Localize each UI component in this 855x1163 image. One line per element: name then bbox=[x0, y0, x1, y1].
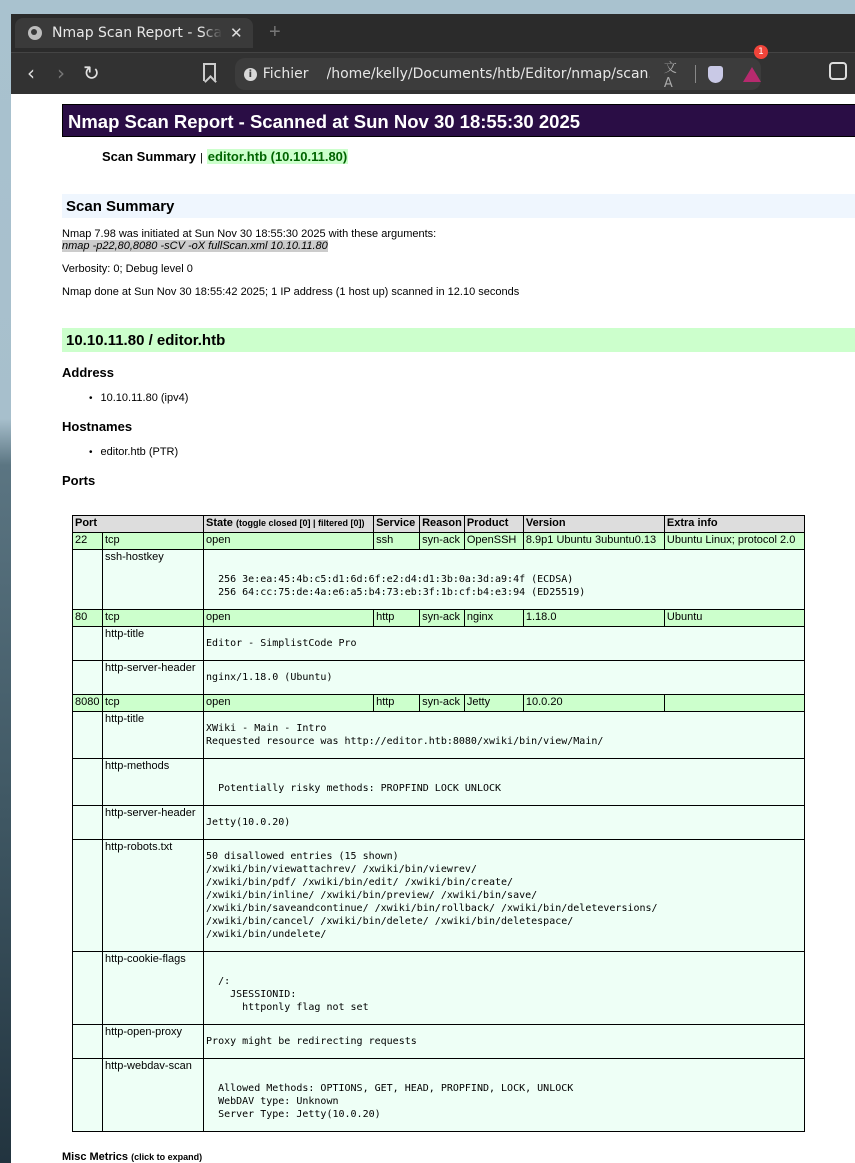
script-row: http-methods Potentially risky methods: … bbox=[73, 759, 805, 806]
translate-icon[interactable]: 文A bbox=[664, 57, 685, 91]
script-output-cell: Allowed Methods: OPTIONS, GET, HEAD, PRO… bbox=[204, 1059, 805, 1132]
script-name: http-webdav-scan bbox=[103, 1059, 204, 1132]
port-cell-port: 22 bbox=[73, 533, 103, 550]
reload-button[interactable]: ↻ bbox=[83, 61, 100, 85]
port-cell-service: http bbox=[374, 695, 420, 712]
script-output: Editor - SimplistCode Pro bbox=[206, 637, 802, 650]
misc-metrics-label: Misc Metrics bbox=[62, 1151, 128, 1163]
new-tab-button[interactable]: + bbox=[269, 21, 281, 44]
script-name: http-cookie-flags bbox=[103, 952, 204, 1025]
port-cell-reason: syn-ack bbox=[420, 533, 465, 550]
port-cell-reason: syn-ack bbox=[420, 695, 465, 712]
script-indent-cell bbox=[73, 759, 103, 806]
script-name: http-server-header bbox=[103, 661, 204, 695]
forward-button[interactable]: › bbox=[57, 61, 65, 85]
script-output-cell: XWiki - Main - Intro Requested resource … bbox=[204, 712, 805, 759]
col-port: Port bbox=[73, 516, 204, 533]
col-state: State (toggle closed [0] | filtered [0]) bbox=[204, 516, 374, 533]
script-output: nginx/1.18.0 (Ubuntu) bbox=[206, 671, 802, 684]
script-output-cell: 256 3e:ea:45:4b:c5:d1:6d:6f:e2:d4:d1:3b:… bbox=[204, 550, 805, 610]
tab-nmap-report[interactable]: Nmap Scan Report - Scanned at Sun Nov 30… bbox=[15, 18, 253, 48]
ports-heading: Ports bbox=[62, 473, 95, 488]
back-button[interactable]: ‹ bbox=[27, 61, 35, 85]
rewards-badge: 1 bbox=[754, 45, 768, 59]
close-tab-icon[interactable]: ✕ bbox=[230, 24, 243, 42]
browser-window: Nmap Scan Report - Scanned at Sun Nov 30… bbox=[11, 14, 855, 1163]
info-icon[interactable]: i bbox=[244, 68, 257, 81]
script-output-cell: Editor - SimplistCode Pro bbox=[204, 627, 805, 661]
script-row: http-server-headerJetty(10.0.20) bbox=[73, 806, 805, 840]
script-output-cell: nginx/1.18.0 (Ubuntu) bbox=[204, 661, 805, 695]
script-row: http-titleEditor - SimplistCode Pro bbox=[73, 627, 805, 661]
script-indent-cell bbox=[73, 627, 103, 661]
bookmark-icon[interactable] bbox=[203, 63, 216, 81]
table-header-row: Port State (toggle closed [0] | filtered… bbox=[73, 516, 805, 533]
script-output-cell: Proxy might be redirecting requests bbox=[204, 1025, 805, 1059]
port-cell-extra: Ubuntu bbox=[664, 610, 804, 627]
script-output-cell: Jetty(10.0.20) bbox=[204, 806, 805, 840]
script-output: Proxy might be redirecting requests bbox=[206, 1035, 802, 1048]
ports-table-body: 22tcpopensshsyn-ackOpenSSH8.9p1 Ubuntu 3… bbox=[73, 533, 805, 1132]
scan-arguments: nmap -p22,80,8080 -sCV -oX fullScan.xml … bbox=[62, 240, 328, 252]
col-state-label: State bbox=[206, 517, 233, 529]
port-row: 80tcpopenhttpsyn-acknginx1.18.0Ubuntu bbox=[73, 610, 805, 627]
script-row: http-webdav-scan Allowed Methods: OPTION… bbox=[73, 1059, 805, 1132]
page-title: Nmap Scan Report - Scanned at Sun Nov 30… bbox=[62, 104, 855, 137]
hostnames-heading: Hostnames bbox=[62, 419, 132, 434]
port-row: 22tcpopensshsyn-ackOpenSSH8.9p1 Ubuntu 3… bbox=[73, 533, 805, 550]
port-cell-extra bbox=[664, 695, 804, 712]
tab-strip: Nmap Scan Report - Scanned at Sun Nov 30… bbox=[11, 14, 855, 52]
script-name: http-open-proxy bbox=[103, 1025, 204, 1059]
scan-done-text: Nmap done at Sun Nov 30 18:55:42 2025; 1… bbox=[62, 286, 519, 298]
script-row: http-robots.txt50 disallowed entries (15… bbox=[73, 840, 805, 952]
script-row: http-titleXWiki - Main - Intro Requested… bbox=[73, 712, 805, 759]
port-cell-state: open bbox=[204, 533, 374, 550]
address-bar[interactable]: i Fichier /home/kelly/Documents/htb/Edit… bbox=[235, 58, 761, 90]
col-service: Service bbox=[374, 516, 420, 533]
address-heading: Address bbox=[62, 365, 114, 380]
script-output: Potentially risky methods: PROPFIND LOCK… bbox=[206, 769, 802, 795]
hostname-item: editor.htb (PTR) bbox=[89, 446, 178, 458]
script-row: ssh-hostkey 256 3e:ea:45:4b:c5:d1:6d:6f:… bbox=[73, 550, 805, 610]
nav-separator: | bbox=[200, 152, 203, 164]
port-cell-version: 8.9p1 Ubuntu 3ubuntu0.13 bbox=[523, 533, 664, 550]
url-scheme: Fichier bbox=[263, 66, 309, 82]
hostname-value: editor.htb (PTR) bbox=[101, 446, 179, 458]
script-name: ssh-hostkey bbox=[103, 550, 204, 610]
port-cell-proto: tcp bbox=[103, 610, 204, 627]
script-output: Allowed Methods: OPTIONS, GET, HEAD, PRO… bbox=[206, 1069, 802, 1121]
script-indent-cell bbox=[73, 840, 103, 952]
script-name: http-robots.txt bbox=[103, 840, 204, 952]
toggle-closed-filtered[interactable]: (toggle closed [0] | filtered [0]) bbox=[236, 518, 365, 528]
script-indent-cell bbox=[73, 712, 103, 759]
host-heading[interactable]: 10.10.11.80 / editor.htb bbox=[62, 328, 855, 352]
script-output: 256 3e:ea:45:4b:c5:d1:6d:6f:e2:d4:d1:3b:… bbox=[206, 560, 802, 599]
col-reason: Reason bbox=[420, 516, 465, 533]
port-cell-state: open bbox=[204, 695, 374, 712]
address-value: 10.10.11.80 (ipv4) bbox=[101, 392, 189, 404]
col-extra-info: Extra info bbox=[664, 516, 804, 533]
port-cell-proto: tcp bbox=[103, 695, 204, 712]
port-cell-port: 8080 bbox=[73, 695, 103, 712]
script-output: XWiki - Main - Intro Requested resource … bbox=[206, 722, 802, 748]
divider bbox=[695, 65, 696, 83]
script-output-cell: /: JSESSIONID: httponly flag not set bbox=[204, 952, 805, 1025]
scan-initiated-text: Nmap 7.98 was initiated at Sun Nov 30 18… bbox=[62, 228, 436, 252]
port-cell-product: nginx bbox=[464, 610, 523, 627]
verbosity-text: Verbosity: 0; Debug level 0 bbox=[62, 263, 193, 275]
globe-icon bbox=[28, 26, 42, 40]
script-row: http-cookie-flags /: JSESSIONID: httponl… bbox=[73, 952, 805, 1025]
port-cell-extra: Ubuntu Linux; protocol 2.0 bbox=[664, 533, 804, 550]
port-cell-version: 1.18.0 bbox=[523, 610, 664, 627]
brave-rewards-icon[interactable]: 1 bbox=[743, 67, 761, 82]
browser-toolbar: ‹ › ↻ i Fichier /home/kelly/Documents/ht… bbox=[11, 52, 855, 94]
tab-title: Nmap Scan Report - Scanned at Sun Nov 30… bbox=[52, 25, 222, 41]
port-cell-product: OpenSSH bbox=[464, 533, 523, 550]
port-cell-proto: tcp bbox=[103, 533, 204, 550]
brave-shields-icon[interactable] bbox=[708, 66, 723, 83]
scan-summary-heading[interactable]: Scan Summary bbox=[62, 194, 855, 218]
script-indent-cell bbox=[73, 806, 103, 840]
port-cell-service: ssh bbox=[374, 533, 420, 550]
script-output-cell: Potentially risky methods: PROPFIND LOCK… bbox=[204, 759, 805, 806]
script-name: http-title bbox=[103, 627, 204, 661]
col-version: Version bbox=[523, 516, 664, 533]
script-indent-cell bbox=[73, 550, 103, 610]
port-cell-service: http bbox=[374, 610, 420, 627]
port-row: 8080tcpopenhttpsyn-ackJetty10.0.20 bbox=[73, 695, 805, 712]
script-indent-cell bbox=[73, 1025, 103, 1059]
script-name: http-title bbox=[103, 712, 204, 759]
ports-table: Port State (toggle closed [0] | filtered… bbox=[72, 515, 805, 1132]
port-cell-reason: syn-ack bbox=[420, 610, 465, 627]
script-name: http-server-header bbox=[103, 806, 204, 840]
script-output-cell: 50 disallowed entries (15 shown) /xwiki/… bbox=[204, 840, 805, 952]
scan-summary-link[interactable]: Scan Summary bbox=[102, 149, 196, 164]
script-output: 50 disallowed entries (15 shown) /xwiki/… bbox=[206, 850, 802, 941]
script-indent-cell bbox=[73, 952, 103, 1025]
script-name: http-methods bbox=[103, 759, 204, 806]
script-output: Jetty(10.0.20) bbox=[206, 816, 802, 829]
port-cell-port: 80 bbox=[73, 610, 103, 627]
initiated-line: Nmap 7.98 was initiated at Sun Nov 30 18… bbox=[62, 228, 436, 240]
script-indent-cell bbox=[73, 1059, 103, 1132]
port-cell-product: Jetty bbox=[464, 695, 523, 712]
port-cell-version: 10.0.20 bbox=[523, 695, 664, 712]
script-row: http-server-headernginx/1.18.0 (Ubuntu) bbox=[73, 661, 805, 695]
col-product: Product bbox=[464, 516, 523, 533]
script-row: http-open-proxyProxy might be redirectin… bbox=[73, 1025, 805, 1059]
address-item: 10.10.11.80 (ipv4) bbox=[89, 392, 188, 404]
script-indent-cell bbox=[73, 661, 103, 695]
script-output: /: JSESSIONID: httponly flag not set bbox=[206, 962, 802, 1014]
report-page: Nmap Scan Report - Scanned at Sun Nov 30… bbox=[11, 94, 855, 1163]
report-nav: Scan Summary|editor.htb (10.10.11.80) bbox=[102, 149, 348, 164]
host-link[interactable]: editor.htb (10.10.11.80) bbox=[207, 149, 348, 164]
extensions-icon[interactable] bbox=[829, 62, 847, 80]
misc-metrics-hint: (click to expand) bbox=[131, 1152, 202, 1162]
port-cell-state: open bbox=[204, 610, 374, 627]
url-path[interactable]: /home/kelly/Documents/htb/Editor/nmap/sc… bbox=[327, 66, 650, 82]
misc-metrics-toggle[interactable]: Misc Metrics (click to expand) bbox=[62, 1151, 202, 1163]
